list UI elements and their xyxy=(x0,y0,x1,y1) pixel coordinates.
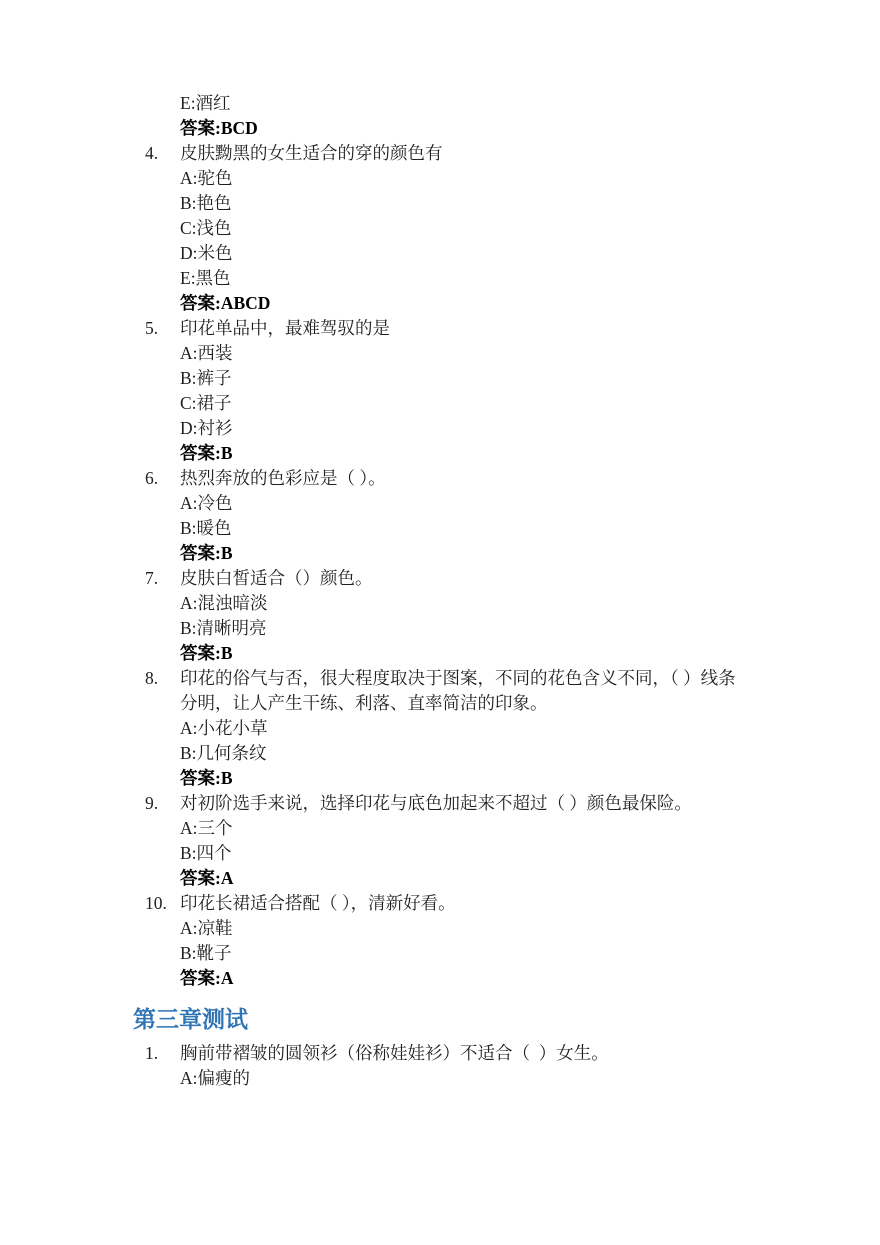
question-text-line: 分明，让人产生干练、利落、直率简洁的印象。 xyxy=(180,691,840,716)
question-block: 8.印花的俗气与否，很大程度取决于图案，不同的花色含义不同，（ ）线条分明，让人… xyxy=(145,666,840,791)
question-first-line: 6.热烈奔放的色彩应是（ ）。 xyxy=(145,466,840,491)
answer-line: 答案:A xyxy=(180,866,840,891)
chapter-heading: 第三章测试 xyxy=(133,1005,840,1035)
document-page: E:酒红答案:BCD 4.皮肤黝黑的女生适合的穿的颜色有A:驼色B:艳色C:浅色… xyxy=(0,0,880,1245)
question-number: 5. xyxy=(145,316,180,341)
quiz-content: E:酒红答案:BCD 4.皮肤黝黑的女生适合的穿的颜色有A:驼色B:艳色C:浅色… xyxy=(0,0,880,1091)
option-line: A:凉鞋 xyxy=(180,916,840,941)
option-line: A:三个 xyxy=(180,816,840,841)
option-line: B:清晰明亮 xyxy=(180,616,840,641)
question-number: 6. xyxy=(145,466,180,491)
question-first-line: 7.皮肤白皙适合（）颜色。 xyxy=(145,566,840,591)
answer-line: 答案:B xyxy=(180,641,840,666)
question-block: 10.印花长裙适合搭配（ ），清新好看。A:凉鞋B:靴子答案:A xyxy=(145,891,840,991)
option-line: D:衬衫 xyxy=(180,416,840,441)
question-block: 9.对初阶选手来说，选择印花与底色加起来不超过（ ）颜色最保险。A:三个B:四个… xyxy=(145,791,840,891)
carryover-question-fragment: E:酒红答案:BCD xyxy=(145,91,840,141)
question-first-line: 4.皮肤黝黑的女生适合的穿的颜色有 xyxy=(145,141,840,166)
option-line: C:裙子 xyxy=(180,391,840,416)
question-number: 10. xyxy=(145,891,180,916)
question-text: 热烈奔放的色彩应是（ ）。 xyxy=(180,466,840,491)
question-first-line: 9.对初阶选手来说，选择印花与底色加起来不超过（ ）颜色最保险。 xyxy=(145,791,840,816)
question-text: 皮肤白皙适合（）颜色。 xyxy=(180,566,840,591)
question-text: 对初阶选手来说，选择印花与底色加起来不超过（ ）颜色最保险。 xyxy=(180,791,840,816)
question-number: 4. xyxy=(145,141,180,166)
option-line: B:靴子 xyxy=(180,941,840,966)
answer-line: 答案:B xyxy=(180,541,840,566)
answer-line: 答案:A xyxy=(180,966,840,991)
option-line: D:米色 xyxy=(180,241,840,266)
option-line: B:四个 xyxy=(180,841,840,866)
question-block: 4.皮肤黝黑的女生适合的穿的颜色有A:驼色B:艳色C:浅色D:米色E:黑色答案:… xyxy=(145,141,840,316)
question-text: 印花的俗气与否，很大程度取决于图案，不同的花色含义不同，（ ）线条 xyxy=(180,666,840,691)
answer-line: 答案:ABCD xyxy=(180,291,840,316)
question-text: 印花单品中，最难驾驭的是 xyxy=(180,316,840,341)
question-number: 9. xyxy=(145,791,180,816)
question-first-line: 5.印花单品中，最难驾驭的是 xyxy=(145,316,840,341)
option-line: C:浅色 xyxy=(180,216,840,241)
question-block: 6.热烈奔放的色彩应是（ ）。A:冷色B:暖色答案:B xyxy=(145,466,840,566)
chapter3-question-list: 1.胸前带褶皱的圆领衫（俗称娃娃衫）不适合（ ）女生。A:偏瘦的 xyxy=(145,1041,840,1091)
question-text: 胸前带褶皱的圆领衫（俗称娃娃衫）不适合（ ）女生。 xyxy=(180,1041,840,1066)
question-block: 1.胸前带褶皱的圆领衫（俗称娃娃衫）不适合（ ）女生。A:偏瘦的 xyxy=(145,1041,840,1091)
option-line: A:小花小草 xyxy=(180,716,840,741)
option-line: A:西装 xyxy=(180,341,840,366)
option-line: B:暖色 xyxy=(180,516,840,541)
option-line: B:几何条纹 xyxy=(180,741,840,766)
option-line: A:偏瘦的 xyxy=(180,1066,840,1091)
option-line: A:混浊暗淡 xyxy=(180,591,840,616)
answer-line: 答案:BCD xyxy=(180,116,840,141)
question-list: 4.皮肤黝黑的女生适合的穿的颜色有A:驼色B:艳色C:浅色D:米色E:黑色答案:… xyxy=(145,141,840,991)
question-first-line: 8.印花的俗气与否，很大程度取决于图案，不同的花色含义不同，（ ）线条 xyxy=(145,666,840,691)
question-text: 印花长裙适合搭配（ ），清新好看。 xyxy=(180,891,840,916)
question-block: 5.印花单品中，最难驾驭的是A:西装B:裤子C:裙子D:衬衫答案:B xyxy=(145,316,840,466)
question-first-line: 10.印花长裙适合搭配（ ），清新好看。 xyxy=(145,891,840,916)
question-first-line: 1.胸前带褶皱的圆领衫（俗称娃娃衫）不适合（ ）女生。 xyxy=(145,1041,840,1066)
question-number: 7. xyxy=(145,566,180,591)
answer-line: 答案:B xyxy=(180,766,840,791)
option-line: E:酒红 xyxy=(180,91,840,116)
option-line: A:驼色 xyxy=(180,166,840,191)
answer-line: 答案:B xyxy=(180,441,840,466)
question-number: 8. xyxy=(145,666,180,691)
question-text: 皮肤黝黑的女生适合的穿的颜色有 xyxy=(180,141,840,166)
option-line: A:冷色 xyxy=(180,491,840,516)
question-block: 7.皮肤白皙适合（）颜色。A:混浊暗淡B:清晰明亮答案:B xyxy=(145,566,840,666)
option-line: B:艳色 xyxy=(180,191,840,216)
question-number: 1. xyxy=(145,1041,180,1066)
option-line: B:裤子 xyxy=(180,366,840,391)
option-line: E:黑色 xyxy=(180,266,840,291)
